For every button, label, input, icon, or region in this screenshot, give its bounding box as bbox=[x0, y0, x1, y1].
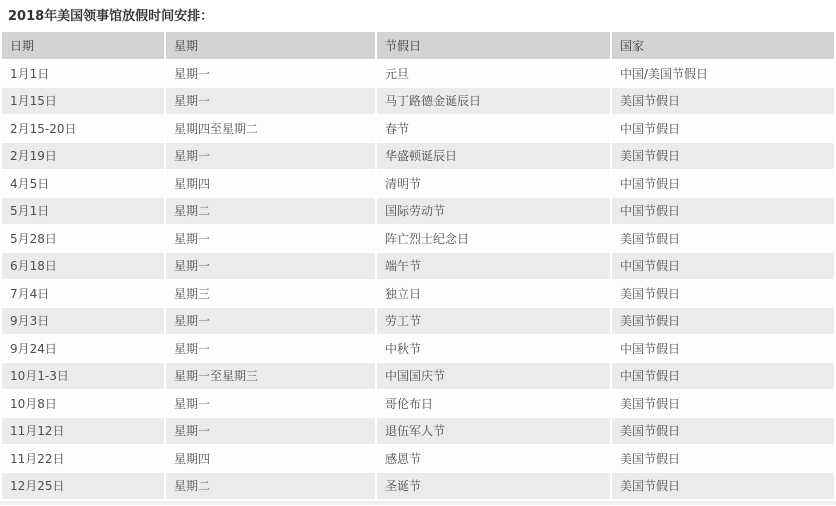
cell-holiday: 哥伦布日 bbox=[377, 390, 610, 417]
cell-weekday: 星期一 bbox=[166, 88, 375, 115]
cell-date: 4月5日 bbox=[2, 170, 164, 197]
cell-holiday: 华盛顿诞辰日 bbox=[377, 143, 610, 170]
cell-weekday: 星期一 bbox=[166, 60, 375, 87]
cell-country: 美国节假日 bbox=[612, 143, 834, 170]
cell-holiday: 圣诞节 bbox=[377, 473, 610, 500]
cell-country: 中国节假日 bbox=[612, 363, 834, 390]
cell-date: 11月12日 bbox=[2, 418, 164, 445]
cell-holiday: 元旦 bbox=[377, 60, 610, 87]
cell-holiday: 中秋节 bbox=[377, 335, 610, 362]
table-row: 10月1-3日星期一至星期三中国国庆节中国节假日 bbox=[2, 363, 834, 390]
table-row: 11月12日星期一退伍军人节美国节假日 bbox=[2, 418, 834, 445]
cell-date: 10月8日 bbox=[2, 390, 164, 417]
column-header-weekday: 星期 bbox=[166, 32, 375, 59]
table-row: 10月8日星期一哥伦布日美国节假日 bbox=[2, 390, 834, 417]
cell-country: 中国节假日 bbox=[612, 198, 834, 225]
cell-holiday: 中国国庆节 bbox=[377, 363, 610, 390]
cell-weekday: 星期一 bbox=[166, 335, 375, 362]
cell-country: 美国节假日 bbox=[612, 308, 834, 335]
cell-date: 10月1-3日 bbox=[2, 363, 164, 390]
cell-country: 中国节假日 bbox=[612, 170, 834, 197]
cell-date: 2月15-20日 bbox=[2, 115, 164, 142]
cell-weekday: 星期二 bbox=[166, 198, 375, 225]
cell-country: 美国节假日 bbox=[612, 418, 834, 445]
cell-holiday: 感恩节 bbox=[377, 445, 610, 472]
column-header-country: 国家 bbox=[612, 32, 834, 59]
table-row: 11月22日星期四感恩节美国节假日 bbox=[2, 445, 834, 472]
cell-weekday: 星期一 bbox=[166, 225, 375, 252]
cell-weekday: 星期四至星期二 bbox=[166, 115, 375, 142]
cell-country: 中国节假日 bbox=[612, 335, 834, 362]
cell-holiday: 阵亡烈士纪念日 bbox=[377, 225, 610, 252]
cell-date: 9月3日 bbox=[2, 308, 164, 335]
cell-country: 美国节假日 bbox=[612, 280, 834, 307]
cell-weekday: 星期一 bbox=[166, 390, 375, 417]
column-header-holiday: 节假日 bbox=[377, 32, 610, 59]
cell-weekday: 星期四 bbox=[166, 170, 375, 197]
cell-date: 5月28日 bbox=[2, 225, 164, 252]
table-row: 9月24日星期一中秋节中国节假日 bbox=[2, 335, 834, 362]
cell-holiday: 端午节 bbox=[377, 253, 610, 280]
table-row: 6月18日星期一端午节中国节假日 bbox=[2, 253, 834, 280]
table-row: 1月15日星期一马丁路德金诞辰日美国节假日 bbox=[2, 88, 834, 115]
cell-holiday: 清明节 bbox=[377, 170, 610, 197]
cell-country: 中国节假日 bbox=[612, 253, 834, 280]
cell-holiday: 劳工节 bbox=[377, 308, 610, 335]
cell-weekday: 星期四 bbox=[166, 445, 375, 472]
cell-date: 11月22日 bbox=[2, 445, 164, 472]
table-row: 7月4日星期三独立日美国节假日 bbox=[2, 280, 834, 307]
cell-holiday: 国际劳动节 bbox=[377, 198, 610, 225]
table-row: 12月25日星期二圣诞节美国节假日 bbox=[2, 473, 834, 500]
cell-date: 2月19日 bbox=[2, 143, 164, 170]
cell-weekday: 星期三 bbox=[166, 280, 375, 307]
table-row: 1月1日星期一元旦中国/美国节假日 bbox=[2, 60, 834, 87]
column-header-date: 日期 bbox=[2, 32, 164, 59]
cell-weekday: 星期一 bbox=[166, 418, 375, 445]
cell-weekday: 星期一 bbox=[166, 253, 375, 280]
cell-holiday: 独立日 bbox=[377, 280, 610, 307]
cell-date: 12月25日 bbox=[2, 473, 164, 500]
cell-holiday: 退伍军人节 bbox=[377, 418, 610, 445]
holiday-table-body: 1月1日星期一元旦中国/美国节假日1月15日星期一马丁路德金诞辰日美国节假日2月… bbox=[2, 60, 834, 499]
table-row: 5月1日星期二国际劳动节中国节假日 bbox=[2, 198, 834, 225]
cell-weekday: 星期一至星期三 bbox=[166, 363, 375, 390]
cell-country: 美国节假日 bbox=[612, 88, 834, 115]
table-row: 4月5日星期四清明节中国节假日 bbox=[2, 170, 834, 197]
cell-country: 美国节假日 bbox=[612, 473, 834, 500]
table-row: 2月15-20日星期四至星期二春节中国节假日 bbox=[2, 115, 834, 142]
cell-date: 9月24日 bbox=[2, 335, 164, 362]
page-title: 2018年美国领事馆放假时间安排： bbox=[8, 9, 836, 24]
table-row: 5月28日星期一阵亡烈士纪念日美国节假日 bbox=[2, 225, 834, 252]
cell-date: 1月1日 bbox=[2, 60, 164, 87]
cell-country: 美国节假日 bbox=[612, 225, 834, 252]
holiday-table: 日期 星期 节假日 国家 1月1日星期一元旦中国/美国节假日1月15日星期一马丁… bbox=[0, 31, 836, 500]
cell-date: 6月18日 bbox=[2, 253, 164, 280]
cell-country: 美国节假日 bbox=[612, 445, 834, 472]
table-header-row: 日期 星期 节假日 国家 bbox=[2, 32, 834, 59]
table-row: 9月3日星期一劳工节美国节假日 bbox=[2, 308, 834, 335]
cell-date: 5月1日 bbox=[2, 198, 164, 225]
cell-country: 中国/美国节假日 bbox=[612, 60, 834, 87]
cell-holiday: 春节 bbox=[377, 115, 610, 142]
table-row: 2月19日星期一华盛顿诞辰日美国节假日 bbox=[2, 143, 834, 170]
next-row-partial bbox=[0, 501, 836, 505]
cell-weekday: 星期一 bbox=[166, 143, 375, 170]
cell-country: 中国节假日 bbox=[612, 115, 834, 142]
cell-date: 7月4日 bbox=[2, 280, 164, 307]
cell-country: 美国节假日 bbox=[612, 390, 834, 417]
cell-holiday: 马丁路德金诞辰日 bbox=[377, 88, 610, 115]
cell-date: 1月15日 bbox=[2, 88, 164, 115]
cell-weekday: 星期二 bbox=[166, 473, 375, 500]
cell-weekday: 星期一 bbox=[166, 308, 375, 335]
